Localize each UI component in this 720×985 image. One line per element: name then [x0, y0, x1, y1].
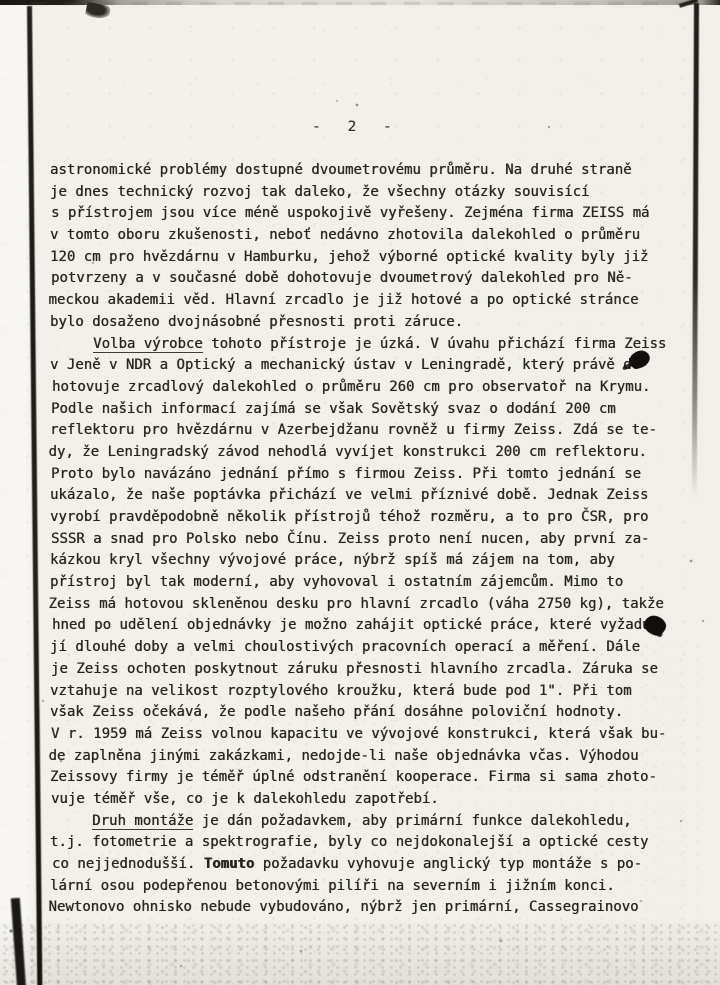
text-line: astronomické problémy dostupné dvoumetro… [50, 160, 676, 182]
text-segment: hned po udělení objednávky je možno zahá… [52, 617, 659, 633]
text-line: hned po udělení objednávky je možno zahá… [52, 615, 678, 637]
text-line: potvrzeny a v současné době dohotovuje d… [51, 268, 677, 290]
scan-edge-left [27, 6, 42, 985]
document-body: astronomické problémy dostupné dvoumetro… [50, 160, 676, 919]
text-segment [51, 336, 93, 352]
text-line: co nejjednodušší. Tomuto požadavku vyhov… [52, 854, 678, 876]
text-segment: astronomické problémy dostupné dvoumetro… [50, 162, 632, 178]
text-segment: Podle našich informací zajímá se však So… [51, 401, 616, 417]
text-segment [50, 813, 92, 829]
text-line: de zaplněna jinými zakázkami, nedojde-li… [49, 746, 675, 768]
text-segment: V r. 1959 má Zeiss volnou kapacitu ve vý… [51, 726, 666, 742]
text-segment: lární osou podepřenou betonovými pilíři … [50, 878, 615, 894]
text-line: je dnes technický rozvoj tak daleko, že … [50, 182, 676, 204]
text-segment: však Zeiss očekává, že podle našeho přán… [50, 704, 623, 720]
text-segment: je Zeiss ochoten poskytnout záruku přesn… [51, 661, 658, 677]
text-line: Proto bylo navázáno jednání přímo s firm… [51, 464, 677, 486]
text-segment: s přístrojem jsou více méně uspokojivě v… [51, 205, 649, 221]
text-segment: vztahuje na velikost rozptylového kroužk… [50, 683, 632, 699]
text-segment: Zeiss má hotovou skleněnou desku pro hla… [49, 596, 664, 612]
text-line: 120 cm pro hvězdárnu v Hamburku, jehož v… [50, 247, 676, 269]
scan-edge-right [692, 3, 699, 498]
text-line: však Zeiss očekává, že podle našeho přán… [50, 702, 676, 724]
scan-noise-bottom [0, 922, 720, 985]
scan-edge-top-dashes [30, 2, 690, 5]
text-segment: ukázalo, že naše poptávka přichází ve ve… [50, 487, 648, 503]
text-line: bylo dosaženo dvojnásobné přesnosti prot… [50, 312, 676, 334]
text-line: ukázalo, že naše poptávka přichází ve ve… [50, 485, 676, 507]
text-segment: dy, že Leningradský závod nehodlá vyvíje… [49, 444, 647, 460]
text-segment: vyrobí pravděpodobně několik přístrojů t… [50, 509, 648, 525]
text-segment: de zaplněna jinými zakázkami, nedojde-li… [49, 748, 639, 764]
text-segment: Zeissovy firmy je téměř úplné odstranění… [50, 769, 657, 785]
text-segment: v tomto oboru zkušenosti, neboť nedávno … [50, 227, 640, 243]
text-segment: požadavku vyhovuje anglický typ montáže … [254, 856, 642, 872]
text-line: jí dlouhé doby a velmi choulostivých pra… [50, 637, 676, 659]
text-line: Zeissovy firmy je téměř úplné odstranění… [50, 767, 676, 789]
text-line: vztahuje na velikost rozptylového kroužk… [50, 681, 676, 703]
text-segment: v Jeně v NDR a Optický a mechanický ústa… [50, 357, 648, 373]
text-line: v Jeně v NDR a Optický a mechanický ústa… [50, 355, 676, 377]
text-line: Druh montáže je dán požadavkem, aby prim… [50, 811, 676, 833]
text-segment: jí dlouhé doby a velmi choulostivých pra… [50, 639, 640, 655]
text-line: Newtonovo ohnisko nebude vybudováno, nýb… [49, 897, 675, 919]
text-segment: Proto bylo navázáno jednání přímo s firm… [51, 466, 641, 482]
page-number: - 2 - [312, 119, 401, 135]
text-segment: bylo dosaženo dvojnásobné přesnosti prot… [50, 314, 463, 330]
text-segment: přístroj byl tak moderní, aby vyhovoval … [50, 574, 623, 590]
text-line: SSSR a snad pro Polsko nebo Čínu. Zeiss … [51, 529, 677, 551]
text-segment: potvrzeny a v současné době dohotovuje d… [51, 270, 633, 286]
text-line: vyrobí pravděpodobně několik přístrojů t… [50, 507, 676, 529]
text-line: v tomto oboru zkušenosti, neboť nedávno … [50, 225, 676, 247]
text-line: t.j. fotometrie a spektrografie, byly co… [50, 832, 676, 854]
text-segment: SSSR a snad pro Polsko nebo Čínu. Zeiss … [51, 531, 649, 547]
text-line: Volba výrobce tohoto přístroje je úzká. … [51, 334, 677, 356]
text-segment: je dnes technický rozvoj tak daleko, že … [50, 184, 589, 200]
text-line: s přístrojem jsou více méně uspokojivě v… [51, 203, 677, 225]
text-segment: t.j. fotometrie a spektrografie, byly co… [50, 834, 648, 850]
text-line: je Zeiss ochoten poskytnout záruku přesn… [51, 659, 677, 681]
text-segment: meckou akademii věd. Hlavní zrcadlo je j… [49, 292, 639, 308]
text-line: Podle našich informací zajímá se však So… [51, 399, 677, 421]
scanned-document: { "colors": { "paper": "#f1efe9", "ink":… [0, 0, 720, 985]
text-segment: Newtonovo ohnisko nebude vybudováno, nýb… [49, 899, 639, 915]
text-line: dy, že Leningradský závod nehodlá vyvíje… [49, 442, 675, 464]
text-segment: 120 cm pro hvězdárnu v Hamburku, jehož v… [50, 249, 648, 265]
text-segment: kázkou kryl všechny vývojové práce, nýbr… [50, 552, 615, 568]
text-line: lární osou podepřenou betonovými pilíři … [50, 876, 676, 898]
scan-specks [0, 0, 2, 2]
emphasized-text: Tomuto [204, 856, 255, 872]
text-segment: hotovuje zrcadlový dalekohled o průměru … [52, 379, 650, 395]
text-segment: je dán požadavkem, aby primární funkce d… [193, 813, 631, 829]
scan-edge-left-foot [11, 898, 26, 985]
text-line: vuje téměř vše, co je k dalekohledu zapo… [51, 789, 677, 811]
text-line: hotovuje zrcadlový dalekohled o průměru … [52, 377, 678, 399]
text-line: V r. 1959 má Zeiss volnou kapacitu ve vý… [51, 724, 677, 746]
underlined-heading-text: Druh montáže [92, 813, 193, 831]
text-line: kázkou kryl všechny vývojové práce, nýbr… [50, 550, 676, 572]
text-line: Zeiss má hotovou skleněnou desku pro hla… [49, 594, 675, 616]
scanned-page: - 2 - astronomické problémy dostupné dvo… [0, 0, 720, 985]
text-segment: vuje téměř vše, co je k dalekohledu zapo… [51, 791, 439, 807]
text-segment: reflektoru pro hvězdárnu v Azerbejdžanu … [50, 422, 657, 438]
underlined-heading-text: Volba výrobce [93, 336, 203, 354]
text-segment: co nejjednodušší. [52, 856, 204, 872]
text-segment: tohoto přístroje je úzká. V úvahu přichá… [203, 336, 667, 352]
text-line: reflektoru pro hvězdárnu v Azerbejdžanu … [50, 420, 676, 442]
text-line: přístroj byl tak moderní, aby vyhovoval … [50, 572, 676, 594]
text-line: meckou akademii věd. Hlavní zrcadlo je j… [49, 290, 675, 312]
